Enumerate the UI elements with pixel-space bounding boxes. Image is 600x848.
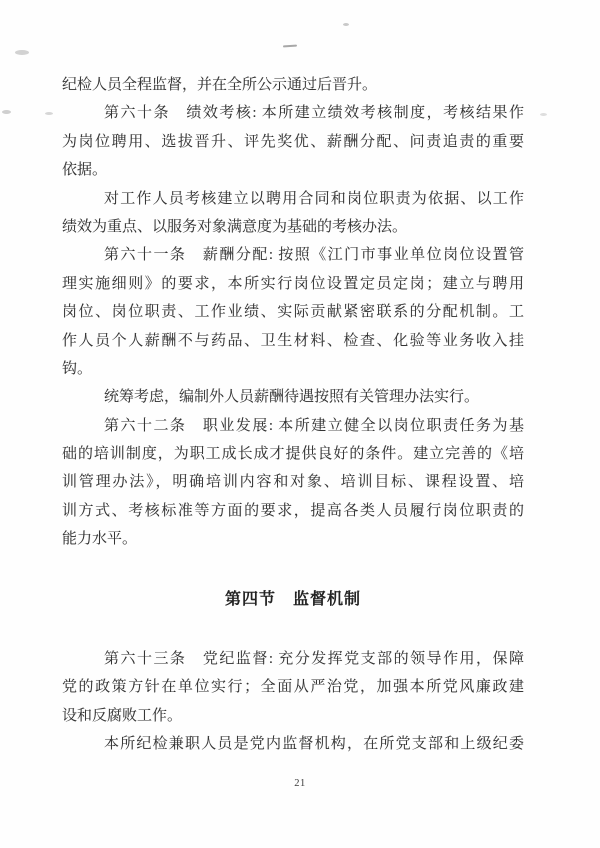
text-line: 岗位、岗位职责、工作业绩、实际贡献紧密联系的分配机制。工 [62,298,524,326]
text-line: 训管理办法》，明确培训内容和对象、培训目标、课程设置、培 [62,468,524,496]
text-line: 设和反腐败工作。 [62,702,524,730]
body-section-performance-salary-training: 纪检人员全程监督，并在全所公示通过后晋升。第六十条 绩效考核: 本所建立绩效考核… [62,71,524,554]
text-line: 第六十二条 职业发展: 本所建立健全以岗位职责任务为基 [62,412,524,440]
text-line: 依据。 [62,156,524,184]
text-line: 纪检人员全程监督，并在全所公示通过后晋升。 [62,71,524,99]
scan-mark [540,113,547,116]
text-line: 钩。 [62,355,524,383]
scan-mark [343,23,349,26]
text-line: 为岗位聘用、选拔晋升、评先奖优、薪酬分配、问责追责的重要 [62,128,524,156]
text-line: 本所纪检兼职人员是党内监督机构，在所党支部和上级纪委 [62,730,524,758]
text-line: 绩效为重点、以服务对象满意度为基础的考核办法。 [62,213,524,241]
text-line: 础的培训制度，为职工成长成才提供良好的条件。建立完善的《培 [62,440,524,468]
text-line: 理实施细则》的要求，本所实行岗位设置定员定岗；建立与聘用 [62,270,524,298]
scan-mark [283,45,297,48]
text-line: 训方式、考核标准等方面的要求，提高各类人员履行岗位职责的 [62,497,524,525]
section-heading: 第四节 监督机制 [62,586,524,614]
text-line: 第六十条 绩效考核: 本所建立绩效考核制度，考核结果作 [62,99,524,127]
document-body: 纪检人员全程监督，并在全所公示通过后晋升。第六十条 绩效考核: 本所建立绩效考核… [62,71,524,759]
text-line: 第六十三条 党纪监督: 充分发挥党支部的领导作用，保障 [62,645,524,673]
scan-mark [2,110,11,114]
scanned-document-page: 纪检人员全程监督，并在全所公示通过后晋升。第六十条 绩效考核: 本所建立绩效考核… [0,0,600,848]
scan-mark [15,50,29,55]
page-number: 21 [0,778,600,789]
text-line: 第六十一条 薪酬分配: 按照《江门市事业单位岗位设置管 [62,241,524,269]
body-section-supervision: 第六十三条 党纪监督: 充分发挥党支部的领导作用，保障党的政策方针在单位实行；全… [62,645,524,759]
text-line: 对工作人员考核建立以聘用合同和岗位职责为依据、以工作 [62,185,524,213]
text-line: 统筹考虑，编制外人员薪酬待遇按照有关管理办法实行。 [62,383,524,411]
text-line: 党的政策方针在单位实行；全面从严治党，加强本所党风廉政建 [62,673,524,701]
text-line: 能力水平。 [62,525,524,553]
text-line: 作人员个人薪酬不与药品、卫生材料、检查、化验等业务收入挂 [62,327,524,355]
scan-mark [45,112,53,115]
